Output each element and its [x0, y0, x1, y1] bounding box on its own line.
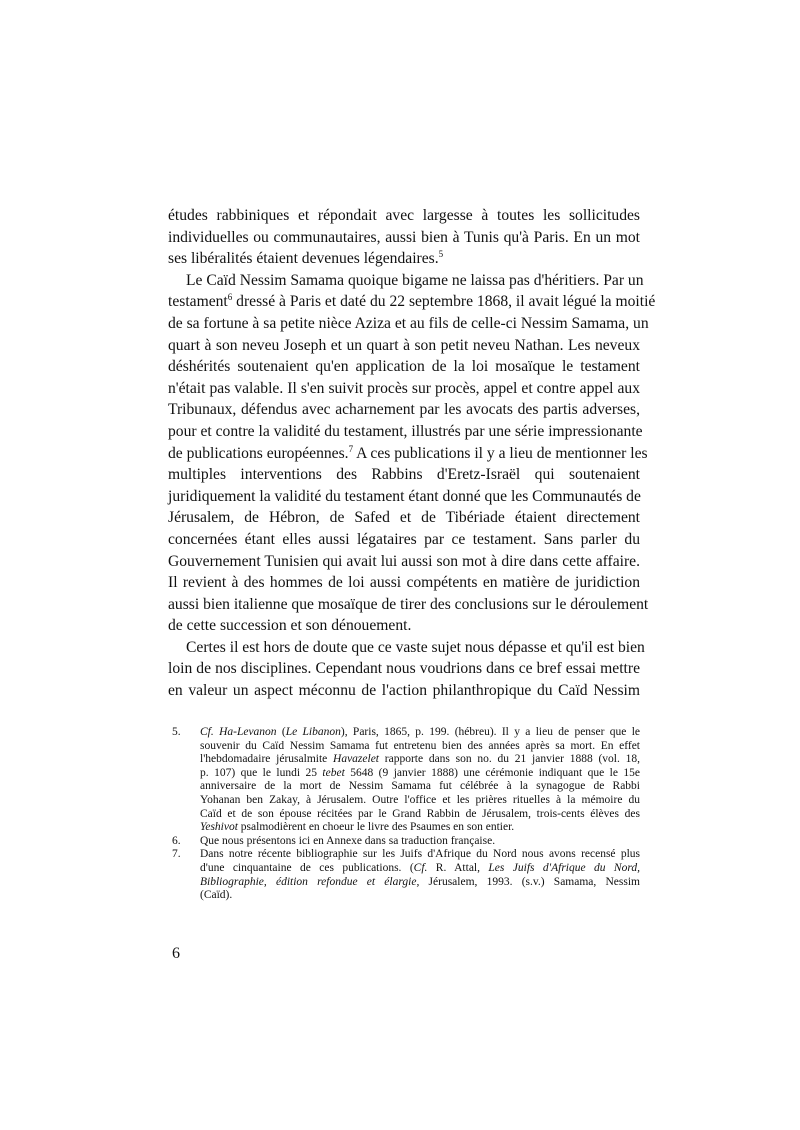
footnote-line: Yeshivot psalmodièrent en choeur le livr… [200, 821, 640, 835]
body-line: Gouvernement Tunisien qui avait lui auss… [168, 551, 640, 573]
footnote-number: 6. [172, 835, 181, 849]
footnote-text: Jérusalem, 1993. (s.v.) Samama, Nessim [419, 876, 640, 888]
body-line: individuelles ou communautaires, aussi b… [168, 227, 640, 249]
footnote-italic: Cf. Ha-Levanon [200, 726, 277, 738]
footnotes: 5. Cf. Ha-Levanon (Le Libanon), Paris, 1… [172, 726, 640, 903]
body-line: Jérusalem, de Hébron, de Safed et de Tib… [168, 507, 640, 529]
footnote-italic: Cf. [414, 862, 428, 874]
body-text: études rabbiniques et répondait avec lar… [168, 205, 640, 702]
body-line-text: dressé à Paris et daté du 22 septembre 1… [232, 293, 655, 310]
body-line: Il revient à des hommes de loi aussi com… [168, 572, 640, 594]
body-line: en valeur un aspect méconnu de l'action … [168, 680, 640, 702]
footnote-line: Que nous présentons ici en Annexe dans s… [200, 835, 640, 849]
footnote-text: psalmodièrent en choeur le livre des Psa… [238, 821, 514, 833]
body-line: de publications européennes.7 A ces publ… [168, 443, 640, 465]
footnote-text: p. 107) que le lundi 25 [200, 767, 322, 779]
body-line: aussi bien italienne que mosaïque de tir… [168, 594, 640, 616]
footnote-italic: Le Libanon [286, 726, 341, 738]
footnote-text: ( [277, 726, 286, 738]
body-line: Tribunaux, défendus avec acharnement par… [168, 399, 640, 421]
body-line: multiples interventions des Rabbins d'Er… [168, 464, 640, 486]
body-line-text: ses libéralités étaient devenues légenda… [168, 250, 439, 267]
body-line: de cette succession et son dénouement. [168, 615, 640, 637]
footnote-line: p. 107) que le lundi 25 tebet 5648 (9 ja… [200, 767, 640, 781]
footnote-text: d'une cinquantaine de ces publications. … [200, 862, 414, 874]
document-page: études rabbiniques et répondait avec lar… [0, 0, 800, 1130]
body-line: études rabbiniques et répondait avec lar… [168, 205, 640, 227]
footnote-5: 5. Cf. Ha-Levanon (Le Libanon), Paris, 1… [172, 726, 640, 835]
body-line-text: A ces publications il y a lieu de mentio… [353, 445, 647, 462]
body-line: Certes il est hors de doute que ce vaste… [168, 637, 640, 659]
footnote-italic: Bibliographie, édition refondue et élarg… [200, 876, 419, 888]
footnote-ref-5[interactable]: 5 [439, 249, 444, 259]
footnote-number: 7. [172, 848, 181, 862]
footnote-text: R. Attal, [427, 862, 488, 874]
footnote-line: Dans notre récente bibliographie sur les… [200, 848, 640, 862]
body-line: déshérités soutenaient qu'en application… [168, 356, 640, 378]
body-line-text: de publications européennes. [168, 445, 349, 462]
body-line: testament6 dressé à Paris et daté du 22 … [168, 291, 640, 313]
footnote-line: Cf. Ha-Levanon (Le Libanon), Paris, 1865… [200, 726, 640, 740]
page-number: 6 [172, 944, 180, 964]
footnote-line: l'hebdomadaire jérusalmite Havazelet rap… [200, 753, 640, 767]
body-line: quart à son neveu Joseph et un quart à s… [168, 335, 640, 357]
body-line: ses libéralités étaient devenues légenda… [168, 248, 640, 270]
body-line: Le Caïd Nessim Samama quoique bigame ne … [168, 270, 640, 292]
body-line: n'était pas valable. Il s'en suivit proc… [168, 378, 640, 400]
footnote-italic: Les Juifs d'Afrique du Nord, [488, 862, 640, 874]
footnote-italic: Havazelet [333, 753, 379, 765]
footnote-text: ), Paris, 1865, p. 199. (hébreu). Il y a… [341, 726, 640, 738]
footnote-line: (Caïd). [200, 889, 640, 903]
footnote-line: anniversaire de la mort de Nessim Samama… [200, 780, 640, 794]
footnote-italic: tebet [322, 767, 344, 779]
footnote-line: Yohanan ben Zakay, à Jérusalem. Outre l'… [200, 794, 640, 808]
footnote-line: souvenir du Caïd Nessim Samama fut entre… [200, 740, 640, 754]
footnote-text: l'hebdomadaire jérusalmite [200, 753, 333, 765]
body-line: pour et contre la validité du testament,… [168, 421, 640, 443]
footnote-text: rapporte dans son no. du 21 janvier 1888… [379, 753, 640, 765]
body-line: concernées étant elles aussi légataires … [168, 529, 640, 551]
body-line: juridiquement la validité du testament é… [168, 486, 640, 508]
footnote-italic: Yeshivot [200, 821, 238, 833]
footnote-line: d'une cinquantaine de ces publications. … [200, 862, 640, 876]
footnote-6: 6. Que nous présentons ici en Annexe dan… [172, 835, 640, 849]
footnote-line: Caïd et de son épouse récitées par le Gr… [200, 808, 640, 822]
body-line: loin de nos disciplines. Cependant nous … [168, 658, 640, 680]
footnote-line: Bibliographie, édition refondue et élarg… [200, 876, 640, 890]
footnote-text: 5648 (9 janvier 1888) une cérémonie indi… [345, 767, 640, 779]
body-line-text: testament [168, 293, 228, 310]
footnote-7: 7. Dans notre récente bibliographie sur … [172, 848, 640, 902]
body-line: de sa fortune à sa petite nièce Aziza et… [168, 313, 640, 335]
footnote-number: 5. [172, 726, 181, 740]
